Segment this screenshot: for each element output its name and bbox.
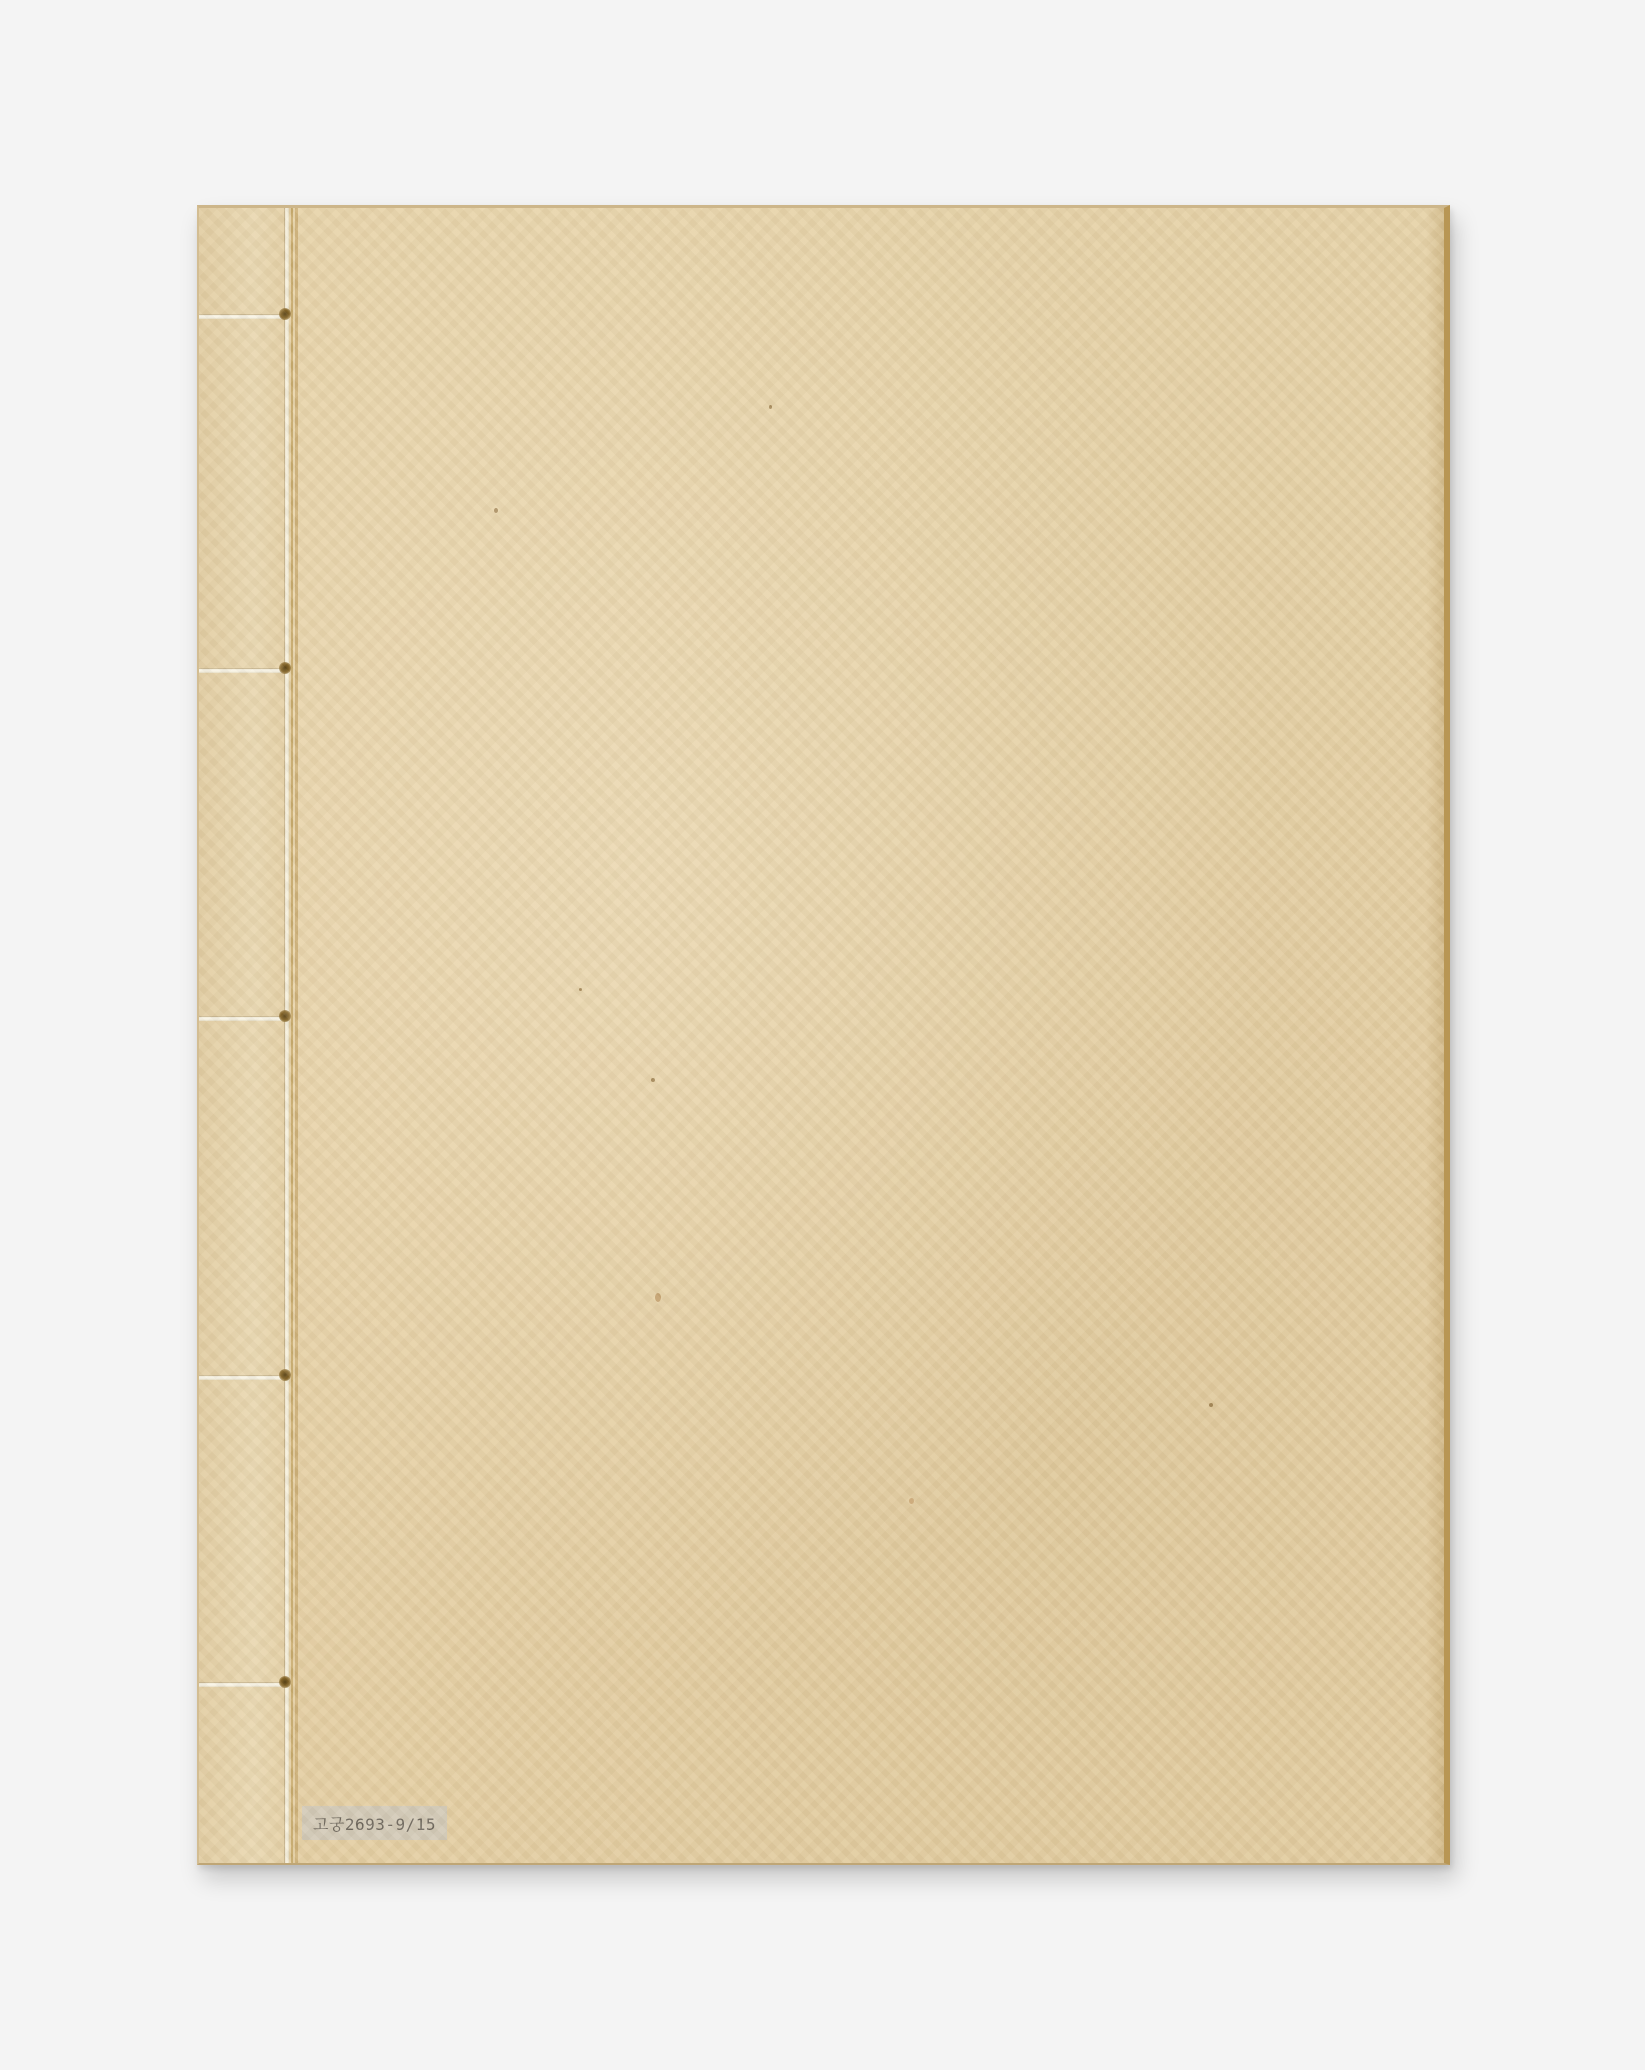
binding-thread: [284, 208, 289, 1863]
stain-spot: [579, 988, 582, 991]
stain-spot: [769, 405, 772, 409]
cover-edge-shade: [1426, 208, 1444, 1863]
binding-stitch: [199, 1375, 289, 1380]
stitch-hole: [279, 662, 291, 674]
binding-stitch: [199, 1682, 289, 1687]
binding-stitch: [199, 668, 289, 673]
stain-spot: [655, 1293, 661, 1302]
stain-spot: [1209, 1403, 1213, 1407]
stitch-hole: [279, 308, 291, 320]
stain-spot: [494, 508, 498, 513]
stitch-hole: [279, 1369, 291, 1381]
book-cover: 고궁2693-9/15: [197, 205, 1450, 1865]
catalog-label: 고궁2693-9/15: [302, 1806, 447, 1840]
stain-spot: [651, 1078, 655, 1082]
stitch-hole: [279, 1010, 291, 1022]
binding-stitch: [199, 314, 289, 319]
binding-stitch: [199, 1016, 289, 1021]
stain-spot: [909, 1498, 914, 1504]
stitch-hole: [279, 1676, 291, 1688]
spine-fold-line: [295, 208, 298, 1863]
spine-panel: [199, 208, 293, 1863]
